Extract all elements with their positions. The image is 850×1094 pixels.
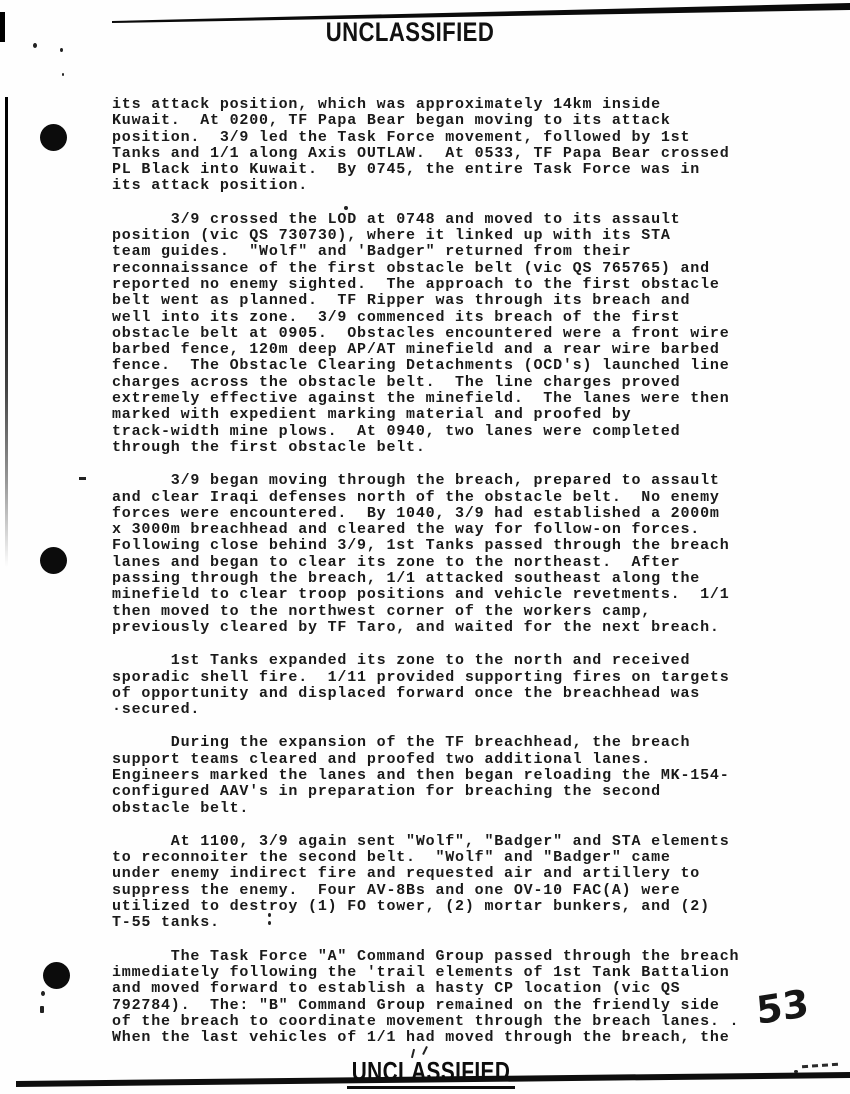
scan-speck [40, 1006, 44, 1013]
scan-corner-mark [0, 12, 5, 42]
scan-speck [60, 48, 63, 52]
scan-speck [344, 206, 348, 210]
scan-speck [268, 913, 271, 917]
scan-speck [794, 1070, 798, 1073]
paragraph-2: 3/9 crossed the LOD at 0748 and moved to… [112, 212, 739, 456]
paragraph-3: 3/9 began moving through the breach, pre… [112, 473, 739, 636]
handwritten-page-number: 53 [754, 981, 810, 1033]
scan-speck [268, 921, 271, 925]
document-body: its attack position, which was approxima… [112, 97, 739, 1063]
scanned-document-page: UNCLASSIFIED its attack position, which … [0, 0, 850, 1094]
paragraph-4: 1st Tanks expanded its zone to the north… [112, 653, 739, 718]
classification-footer-label: UNCLASSIFIED [347, 1056, 515, 1089]
paragraph-7: The Task Force "A" Command Group passed … [112, 949, 739, 1047]
scan-speck [79, 477, 86, 480]
hole-punch-top [40, 124, 67, 151]
paragraph-1: its attack position, which was approxima… [112, 97, 739, 195]
paragraph-6: At 1100, 3/9 again sent "Wolf", "Badger"… [112, 834, 739, 932]
classification-header: UNCLASSIFIED [74, 17, 746, 48]
hole-punch-middle [40, 547, 67, 574]
margin-dash-marks [802, 1063, 838, 1069]
scan-speck [33, 43, 37, 48]
scan-speck [41, 991, 45, 996]
classification-footer: UNCLASSIFIED [86, 1056, 776, 1087]
paragraph-5: During the expansion of the TF breachhea… [112, 735, 739, 816]
hole-punch-bottom [43, 962, 70, 989]
left-edge-line [5, 97, 8, 567]
scan-speck [62, 73, 64, 76]
